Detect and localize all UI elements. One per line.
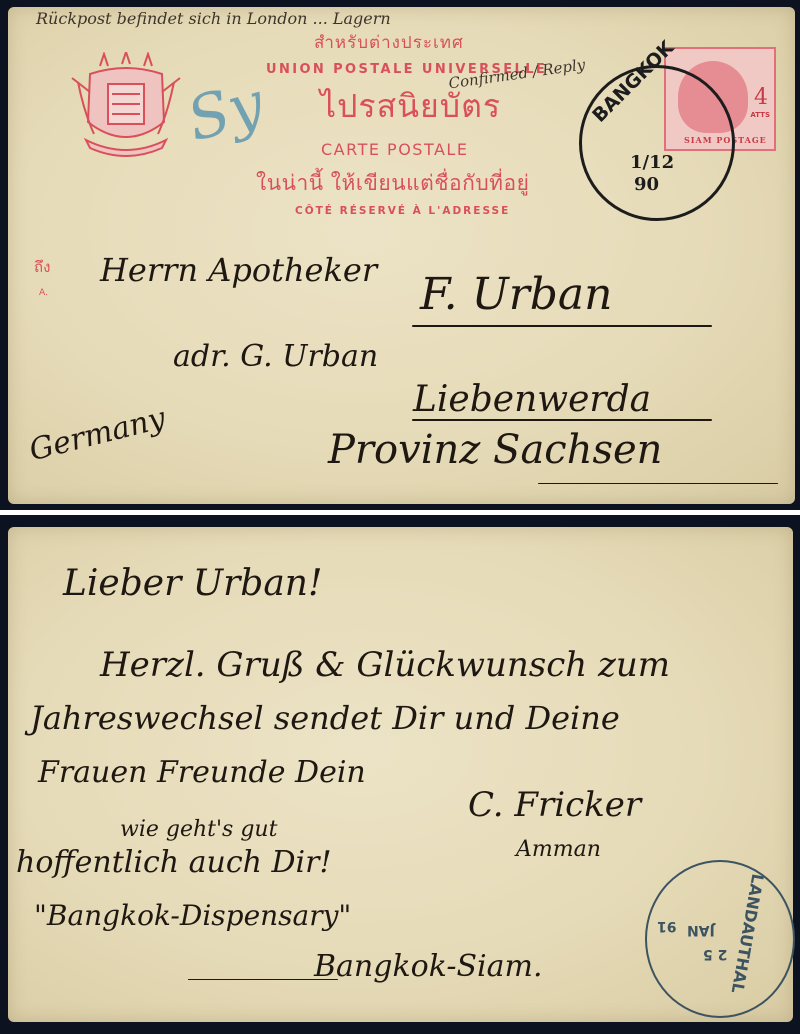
printed-serial-letter: A.	[39, 288, 48, 298]
handwritten-care-of: adr. G. Urban	[173, 339, 378, 374]
handwritten-line-4: hoffentlich auch Dir!	[16, 845, 332, 880]
printed-cote-reserve: CÔTÉ RÉSERVÉ À L'ADRESSE	[295, 205, 510, 217]
stamp-value: 4	[754, 85, 768, 110]
postcard-back-frame: Lieber Urban! Herzl. Gruß & Glückwunsch …	[0, 515, 800, 1034]
stamp-unit: ATTS	[750, 111, 770, 119]
postmark-back-year: 91	[657, 918, 676, 934]
handwritten-address-1: "Bangkok-Dispensary"	[34, 899, 351, 932]
handwritten-salutation: Herrn Apotheker	[100, 251, 377, 289]
city-underline	[412, 419, 712, 421]
postmark-back-city: LANDAUTHAL	[728, 872, 768, 994]
handwritten-recipient-name: F. Urban	[420, 269, 613, 320]
province-underline	[538, 483, 778, 484]
name-underline	[412, 325, 712, 327]
postmark-back-date: 2 5	[703, 946, 727, 962]
landauthal-postmark: LANDAUTHAL JAN 91 2 5	[645, 860, 795, 1018]
postmark-year: 90	[634, 174, 659, 195]
handwritten-top-note: Rückpost befindet sich in London ... Lag…	[36, 9, 391, 28]
handwritten-address-2: Bangkok-Siam.	[314, 949, 543, 984]
postcard-front: สำหรับต่างประเทศ UNION POSTALE UNIVERSEL…	[8, 7, 795, 504]
handwritten-signature-sub: Amman	[516, 837, 601, 862]
printed-carte-postale: CARTE POSTALE	[321, 140, 468, 159]
address-underline	[188, 979, 338, 980]
printed-thai-address-note: ในน่านี้ ให้เขียนแต่ชื่อกับที่อยู่	[256, 167, 529, 200]
printed-thai-foreign-label: สำหรับต่างประเทศ	[314, 29, 464, 56]
handwritten-province: Provinz Sachsen	[328, 427, 662, 473]
handwritten-line-1: Herzl. Gruß & Glückwunsch zum	[100, 645, 670, 685]
postmark-city: BANGKOK	[588, 37, 678, 127]
handwritten-greeting: Lieber Urban!	[63, 563, 322, 604]
postcard-back: Lieber Urban! Herzl. Gruß & Glückwunsch …	[8, 527, 793, 1022]
siam-coat-of-arms-icon	[70, 52, 182, 162]
blue-pencil-mark: Sy	[180, 68, 271, 155]
handwritten-signature: C. Fricker	[468, 785, 641, 825]
handwritten-country: Germany	[26, 401, 169, 469]
postmark-back-month: JAN	[687, 922, 715, 938]
handwritten-line-3: Frauen Freunde Dein	[38, 755, 366, 790]
handwritten-city: Liebenwerda	[413, 379, 651, 420]
handwritten-line-4-above: wie geht's gut	[120, 817, 277, 842]
postmark-date: 1/12	[630, 152, 674, 173]
postcard-front-frame: สำหรับต่างประเทศ UNION POSTALE UNIVERSEL…	[0, 0, 800, 510]
bangkok-postmark: BANGKOK 1/12 90	[579, 65, 735, 221]
postmark-city-text: BANGKOK	[588, 37, 678, 127]
printed-serial-thai: ถึง	[34, 255, 50, 279]
handwritten-line-2: Jahreswechsel sendet Dir und Deine	[30, 699, 620, 737]
